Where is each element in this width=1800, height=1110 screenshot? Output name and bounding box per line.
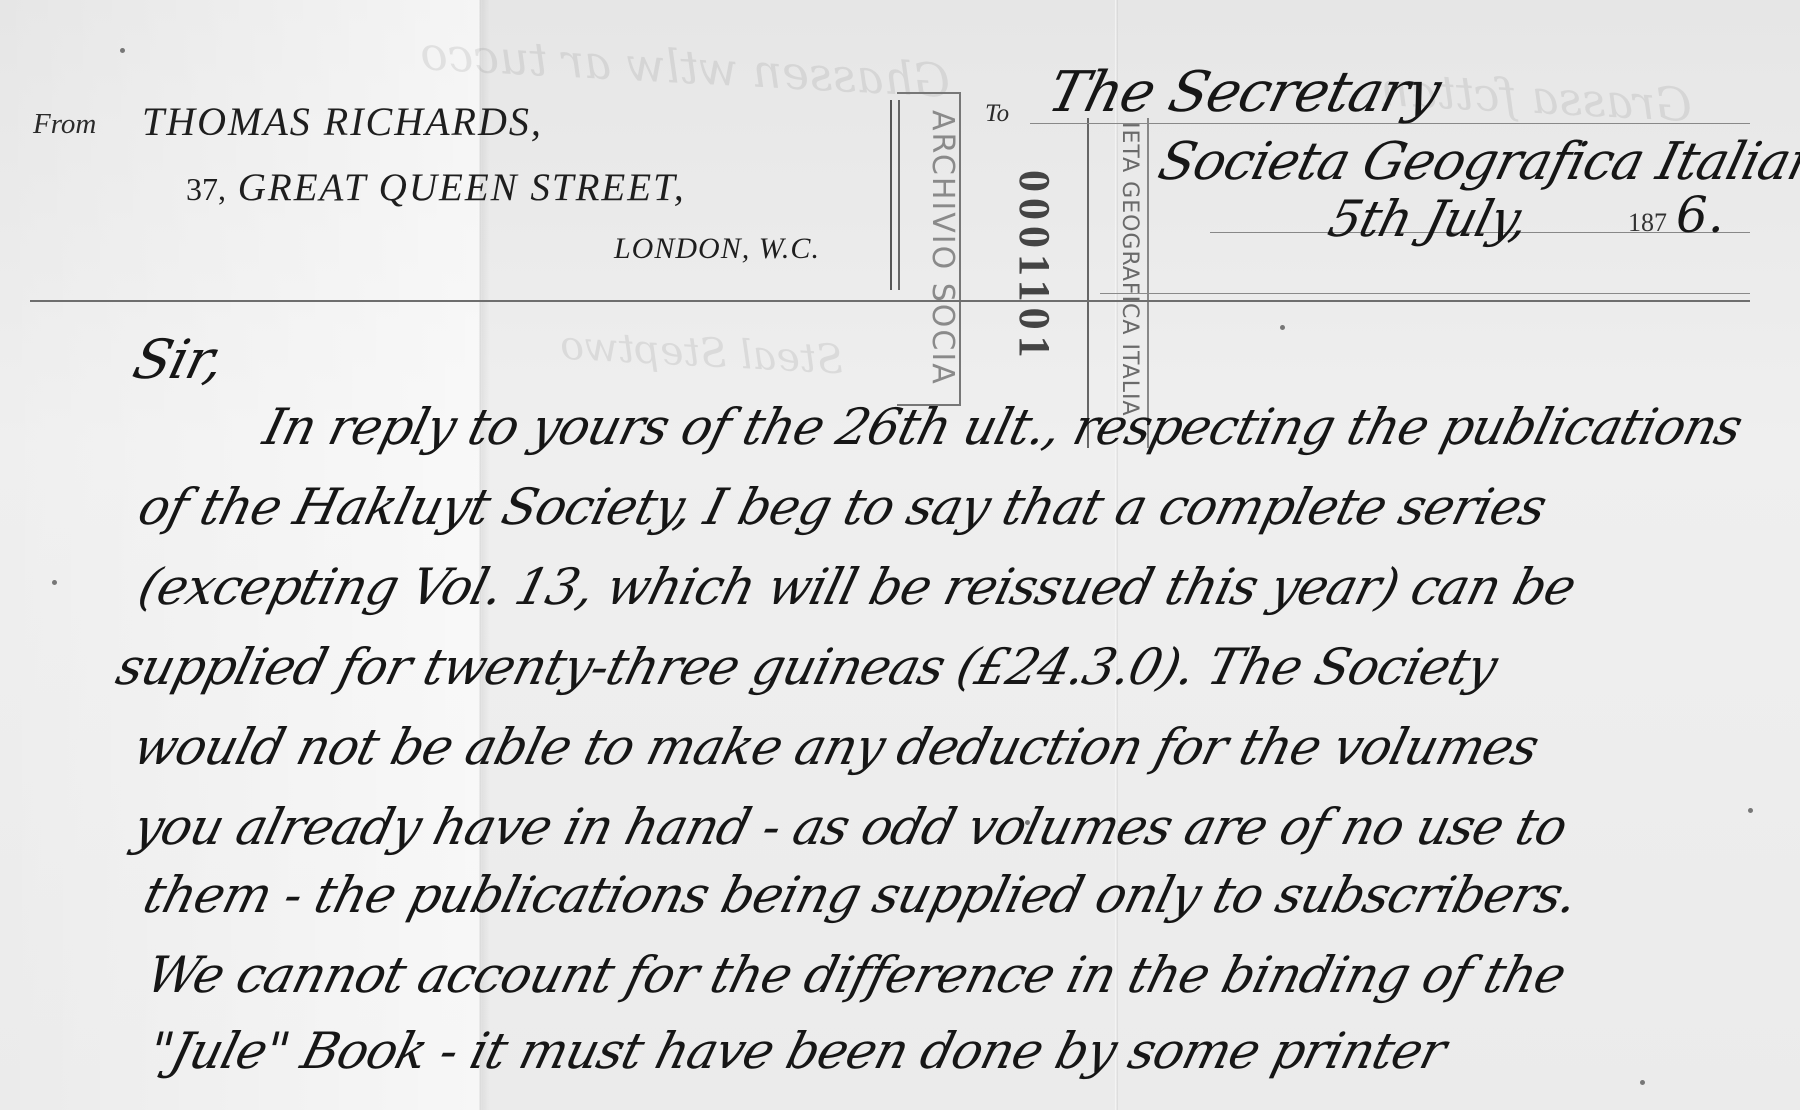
sender-street: 37, GREAT QUEEN STREET,	[186, 165, 686, 210]
to-label: To	[985, 100, 1009, 128]
stamp-society-label: IETA GEOGRAFICA ITALIA	[1092, 122, 1142, 442]
header-divider	[30, 300, 1750, 302]
from-label: From	[33, 108, 96, 141]
sender-city: LONDON, W.C.	[614, 232, 820, 266]
stamp-archive-label: ARCHIVIO SOCIA	[900, 110, 960, 400]
letter-line: you already have in hand - as odd volume…	[128, 798, 1573, 856]
letter-line: We cannot account for the difference in …	[141, 946, 1571, 1004]
sender-name: THOMAS RICHARDS,	[142, 98, 543, 145]
salutation: Sir,	[127, 328, 230, 391]
recipient-organization: Societa Geografica Italiana	[1153, 132, 1800, 192]
date-year-printed: 187	[1628, 208, 1667, 238]
letter-line: of the Hakluyt Society, I beg to say tha…	[133, 478, 1552, 536]
date-year-handwritten: 6.	[1676, 186, 1724, 244]
letter-line: "Jule" Book - it must have been done by …	[143, 1022, 1452, 1080]
header-divider	[1100, 293, 1750, 294]
letter-date: 5th July,	[1323, 190, 1534, 248]
street-name: GREAT QUEEN STREET,	[238, 166, 686, 209]
stamp-serial-number: 0001101	[1000, 170, 1060, 364]
recipient-title: The Secretary	[1042, 60, 1447, 125]
letter-line: In reply to yours of the 26th ult., resp…	[258, 398, 1748, 456]
letter-line: (excepting Vol. 13, which will be reissu…	[133, 558, 1581, 616]
letter-line: would not be able to make any deduction …	[128, 718, 1544, 776]
letter-line: supplied for twenty-three guineas (£24.3…	[111, 638, 1503, 696]
street-number: 37,	[186, 171, 226, 207]
bleed-through-ink: Steal Steptwo	[559, 323, 845, 384]
bleed-through-ink: Ghassen wtlw ar tucco	[419, 26, 952, 108]
letter-line: them - the publications being supplied o…	[138, 866, 1583, 924]
letter-paper: Ghassen wtlw ar tucco Grassa fcttan Stea…	[0, 0, 1800, 1110]
